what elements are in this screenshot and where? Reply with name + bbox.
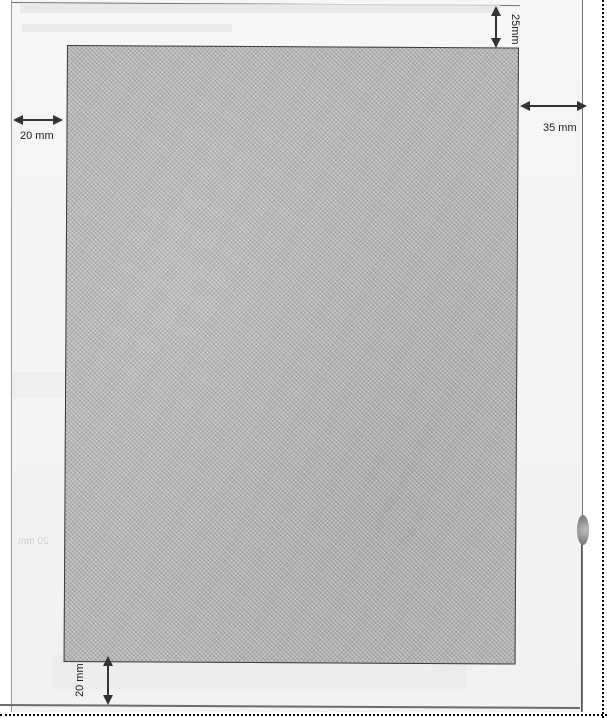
bleed-through-text-line <box>20 4 500 13</box>
dimension-line <box>107 664 109 696</box>
punch-hole <box>577 515 589 545</box>
dimension-line <box>529 105 579 107</box>
paper-right-edge <box>581 540 582 712</box>
arrow-right-icon <box>577 101 587 111</box>
bleed-through-text-line <box>22 24 232 32</box>
bleed-through-mark <box>12 372 72 398</box>
arrow-down-icon <box>103 695 113 705</box>
bottom-margin-label: 20 mm <box>74 663 86 697</box>
dimension-line <box>495 14 497 38</box>
right-margin-label: 35 mm <box>543 122 577 134</box>
dotted-frame-right <box>602 0 604 718</box>
content-area-rectangle <box>64 45 519 665</box>
left-margin-label: 20 mm <box>20 130 54 142</box>
arrow-right-icon <box>53 115 63 125</box>
bleed-through-label: 20 mm <box>18 536 49 547</box>
arrow-down-icon <box>491 38 501 48</box>
dimension-line <box>22 119 54 121</box>
top-margin-label: 25mm <box>509 14 521 45</box>
dotted-frame-bottom <box>0 714 607 716</box>
